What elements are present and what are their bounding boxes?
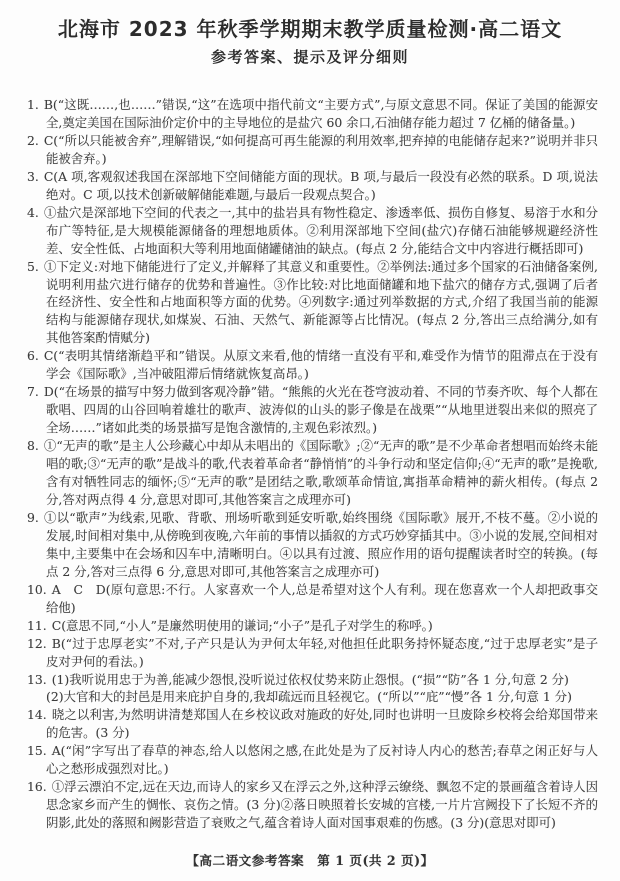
- page-footer: 【高二语文参考答案 第 1 页(共 2 页)】: [0, 850, 620, 869]
- answers-list: 1.B(“这既……,也……”错误,“这”在选项中指代前文“主要方式”,与原文意思…: [27, 96, 598, 832]
- answer-number: 6.: [27, 348, 39, 363]
- answer-text: ①浮云漂泊不定,远在天边,而诗人的家乡又在浮云之外,这种浮云缭绕、飘忽不定的景画…: [46, 779, 598, 830]
- answer-text: (1)我听说用忠于为善,能减少怨恨,没听说过依权仗势来防止怨恨。(“损”“防”各…: [52, 672, 569, 687]
- answer-number: 12.: [27, 636, 47, 651]
- answer-number: 14.: [27, 707, 47, 722]
- answer-number: 3.: [27, 169, 39, 184]
- answer-item-4: 4.①盐穴是深部地下空间的代表之一,其中的盐岩具有物性稳定、渗透率低、损伤自修复…: [27, 204, 598, 258]
- answer-item-13: 13.(1)我听说用忠于为善,能减少怨恨,没听说过依权仗势来防止怨恨。(“损”“…: [27, 671, 598, 707]
- answer-number: 9.: [27, 510, 39, 525]
- answer-number: 11.: [27, 618, 47, 633]
- answer-item-1: 1.B(“这既……,也……”错误,“这”在选项中指代前文“主要方式”,与原文意思…: [27, 96, 598, 132]
- answer-item-7: 7.D(“在场景的描写中努力做到客观冷静”错。“熊熊的火光在苍穹波动着、不同的节…: [27, 383, 598, 437]
- answer-number: 4.: [27, 205, 39, 220]
- answer-item-9: 9.①以“歌声”为线索,见歌、背歌、刑场听歌到延安听歌,始终围绕《国际歌》展开,…: [27, 509, 598, 581]
- answer-number: 8.: [27, 438, 39, 453]
- answer-item-6: 6.C(“表明其情绪渐趋平和”错误。从原文来看,他的情绪一直没有平和,难受作为情…: [27, 347, 598, 383]
- answer-text: C(“表明其情绪渐趋平和”错误。从原文来看,他的情绪一直没有平和,难受作为情节的…: [44, 348, 598, 381]
- answer-item-15: 15.A(“闲”字写出了春草的神态,给人以悠闲之感,在此处是为了反衬诗人内心的愁…: [27, 742, 598, 778]
- answer-text: ①以“歌声”为线索,见歌、背歌、刑场听歌到延安听歌,始终围绕《国际歌》展开,不枝…: [44, 510, 598, 579]
- answer-item-12: 12.B(“过于忠厚老实”不对,子产只是认为尹何太年轻,对他担任此职务持怀疑态度…: [27, 635, 598, 671]
- answer-item-16: 16.①浮云漂泊不定,远在天边,而诗人的家乡又在浮云之外,这种浮云缭绕、飘忽不定…: [27, 778, 598, 832]
- answer-number: 1.: [27, 97, 39, 112]
- exam-answer-sheet-page: 北海市 2023 年秋季学期期末教学质量检测·高二语文 参考答案、提示及评分细则…: [0, 0, 620, 881]
- page-title: 北海市 2023 年秋季学期期末教学质量检测·高二语文: [0, 0, 620, 43]
- answer-text: C(“所以只能被舍弃”,理解错误,“如何提高可再生能源的利用效率,把弃掉的电能储…: [44, 133, 598, 166]
- answer-text: A C D(原句意思:不行。人家喜欢一个人,总是希望对这个人有利。现在您喜欢一个…: [46, 582, 598, 615]
- answer-item-2: 2.C(“所以只能被舍弃”,理解错误,“如何提高可再生能源的利用效率,把弃掉的电…: [27, 132, 598, 168]
- answer-item-14: 14.晓之以利害,为然明讲清楚郑国人在乡校议政对施政的好处,同时也讲明一旦废除乡…: [27, 706, 598, 742]
- answer-text: A(“闲”字写出了春草的神态,给人以悠闲之感,在此处是为了反衬诗人内心的愁苦;春…: [46, 743, 598, 776]
- answer-number: 2.: [27, 133, 39, 148]
- answer-text: C(A 项,客观叙述我国在深部地下空间储能方面的现状。B 项,与最后一段没有必然…: [44, 169, 598, 202]
- answer-text: B(“过于忠厚老实”不对,子产只是认为尹何太年轻,对他担任此职务持怀疑态度,“过…: [46, 636, 598, 669]
- answer-number: 13.: [27, 672, 47, 687]
- answer-item-11: 11.C(意思不同,“小人”是廉然明使用的谦词;“小子”是孔子对学生的称呼。): [27, 617, 598, 635]
- answer-item-10: 10.A C D(原句意思:不行。人家喜欢一个人,总是希望对这个人有利。现在您喜…: [27, 581, 598, 617]
- answer-number: 10.: [27, 582, 47, 597]
- answer-item-3: 3.C(A 项,客观叙述我国在深部地下空间储能方面的现状。B 项,与最后一段没有…: [27, 168, 598, 204]
- answer-number: 15.: [27, 743, 47, 758]
- answer-text: B(“这既……,也……”错误,“这”在选项中指代前文“主要方式”,与原文意思不同…: [44, 97, 598, 130]
- answer-text-part2: (2)大官和大的封邑是用来庇护自身的,我却疏远而且轻视它。(“所以”“庇”“慢”…: [46, 689, 572, 704]
- header: 北海市 2023 年秋季学期期末教学质量检测·高二语文 参考答案、提示及评分细则: [0, 0, 620, 68]
- answer-text: 晓之以利害,为然明讲清楚郑国人在乡校议政对施政的好处,同时也讲明一旦废除乡校将会…: [46, 707, 598, 740]
- answer-item-5: 5.①下定义:对地下储能进行了定义,并解释了其意义和重要性。②举例法:通过多个国…: [27, 258, 598, 348]
- answer-text: ①“无声的歌”是主人公珍藏心中却从未唱出的《国际歌》;②“无声的歌”是不少革命者…: [44, 438, 598, 507]
- answer-text: ①盐穴是深部地下空间的代表之一,其中的盐岩具有物性稳定、渗透率低、损伤自修复、易…: [44, 205, 598, 256]
- answer-number: 16.: [27, 779, 47, 794]
- answer-text: ①下定义:对地下储能进行了定义,并解释了其意义和重要性。②举例法:通过多个国家的…: [44, 259, 598, 346]
- answer-item-8: 8.①“无声的歌”是主人公珍藏心中却从未唱出的《国际歌》;②“无声的歌”是不少革…: [27, 437, 598, 509]
- page-subtitle: 参考答案、提示及评分细则: [0, 43, 620, 68]
- answer-text: D(“在场景的描写中努力做到客观冷静”错。“熊熊的火光在苍穹波动着、不同的节奏齐…: [44, 384, 598, 435]
- answer-text: C(意思不同,“小人”是廉然明使用的谦词;“小子”是孔子对学生的称呼。): [52, 618, 433, 633]
- answer-number: 7.: [27, 384, 39, 399]
- answer-number: 5.: [27, 259, 39, 274]
